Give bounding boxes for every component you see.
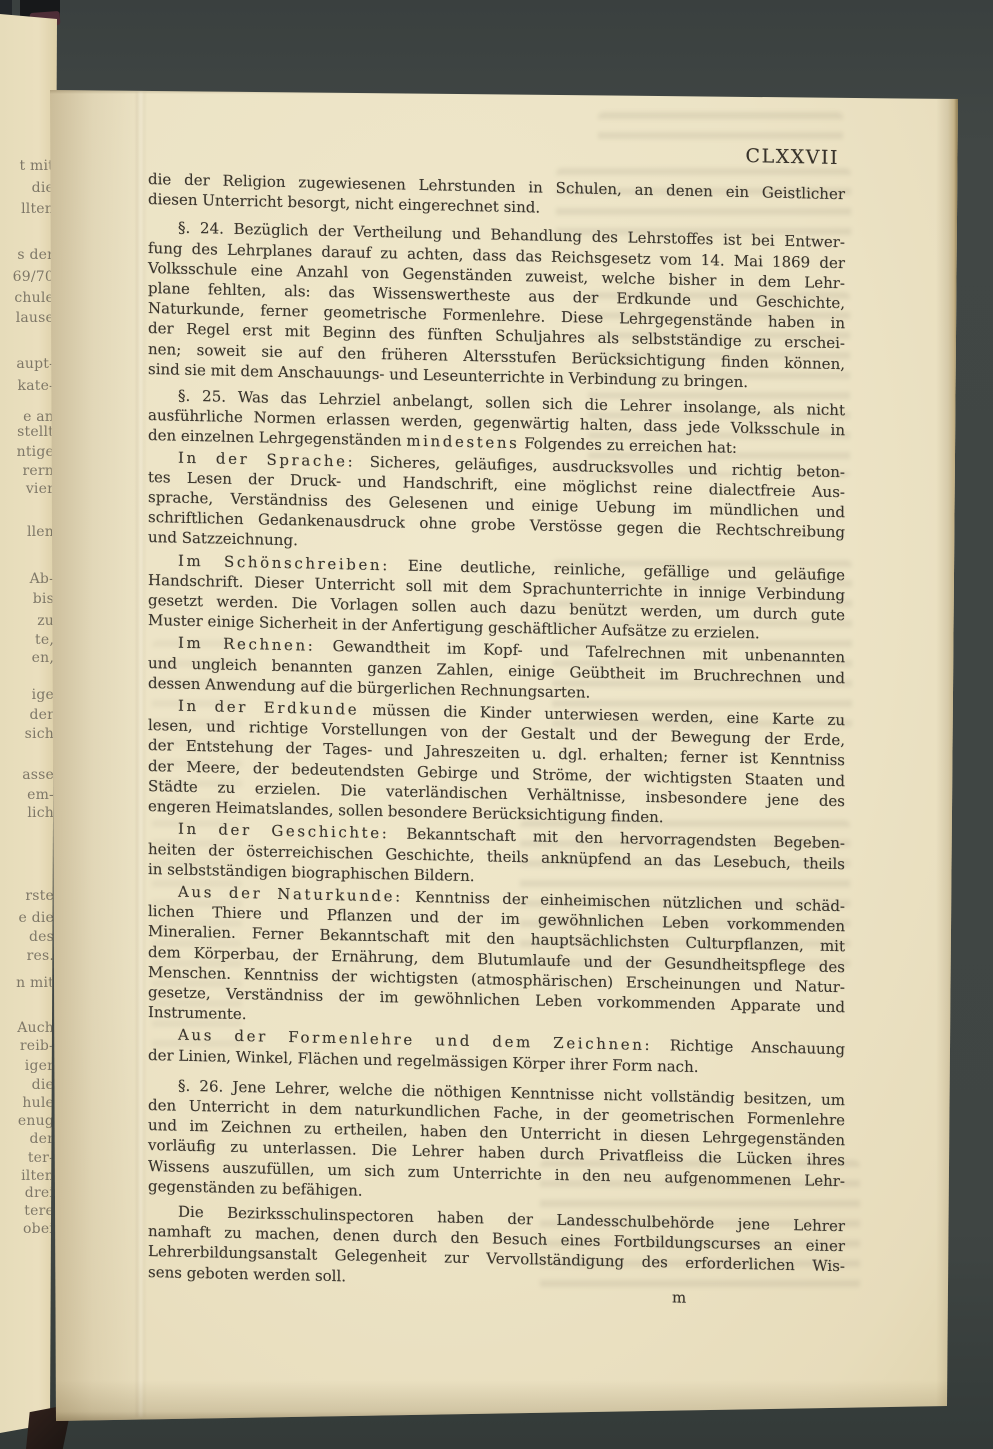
margin-fragment: der	[29, 1131, 54, 1147]
page-paragraphs: die der Religion zugewiesenen Lehrstunde…	[148, 169, 845, 1297]
spaced-emphasis: Im Rechnen:	[178, 634, 315, 655]
page-text-block: CLXXVII die der Religion zugewiesenen Le…	[148, 132, 845, 1311]
paragraph: Im Schönschreiben: Eine deutliche, reinl…	[148, 550, 845, 646]
margin-fragment: chule	[14, 290, 54, 306]
margin-fragment: llten	[21, 201, 54, 217]
margin-fragment: llen	[27, 524, 54, 540]
margin-fragment: ter-	[28, 1150, 54, 1166]
margin-fragment: s der	[17, 247, 54, 263]
margin-fragment: kate-	[18, 378, 54, 394]
margin-fragment: drei	[25, 1185, 54, 1201]
margin-fragment: enug	[18, 1113, 54, 1129]
margin-fragment: die	[32, 1077, 54, 1093]
paragraph: §. 26. Jene Lehrer, welche die nöthigen …	[148, 1075, 845, 1211]
paragraph: In der Sprache: Sicheres, geläufiges, au…	[148, 447, 845, 563]
margin-fragment: asse	[22, 767, 54, 783]
margin-fragment: aupt-	[16, 356, 54, 372]
margin-fragment: obei	[23, 1221, 54, 1237]
margin-fragment: stellt	[17, 424, 54, 440]
spaced-emphasis: In der Erdkunde	[178, 697, 359, 719]
margin-fragment: res.	[27, 948, 54, 964]
book-scan: t mitdielltens der69/70chulelauseaupt-ka…	[0, 0, 993, 1449]
spaced-emphasis: In der Geschichte:	[178, 820, 389, 843]
margin-fragment: lause	[16, 310, 54, 326]
gutter-shadow	[50, 88, 145, 1423]
margin-fragment: ige	[32, 687, 54, 703]
margin-fragment: Ab-	[30, 571, 54, 587]
margin-fragment: rern	[23, 463, 55, 479]
margin-fragment: rste	[25, 888, 54, 904]
margin-fragment: hule	[22, 1095, 54, 1111]
margin-fragment: sich	[25, 726, 54, 742]
margin-fragment: bis	[33, 591, 54, 607]
margin-fragment: des	[29, 929, 54, 945]
margin-fragment: ilten	[21, 1168, 54, 1184]
margin-fragment: der	[29, 707, 54, 723]
margin-fragment: t mit	[20, 158, 54, 174]
paragraph: §. 24. Bezüglich der Vertheilung und Beh…	[148, 217, 845, 394]
margin-fragment: Auch	[17, 1020, 54, 1036]
page-crease	[136, 92, 145, 1417]
margin-fragment: lich	[27, 805, 54, 821]
paragraph: Aus der Naturkunde: Kenntniss der einhei…	[148, 881, 845, 1038]
paragraph: die der Religion zugewiesenen Lehrstunde…	[148, 169, 845, 225]
page-top-edge-shadow	[50, 88, 958, 94]
margin-fragment: en,	[32, 650, 54, 666]
margin-fragment: e an	[23, 409, 54, 425]
book-page: CLXXVII die der Religion zugewiesenen Le…	[0, 0, 993, 1449]
page-bottom-edge-shadow	[54, 1380, 954, 1422]
margin-fragment: vier	[26, 481, 54, 497]
margin-fragment: e die	[19, 910, 54, 926]
margin-fragment: em-	[27, 787, 54, 803]
page-right-edge	[936, 95, 958, 1410]
margin-fragment: zu	[37, 613, 54, 629]
margin-fragment: te,	[35, 632, 54, 648]
paragraph: In der Erdkunde müssen die Kinder unterw…	[148, 695, 845, 831]
margin-fragment: ntige	[17, 444, 54, 460]
margin-fragment: iger	[25, 1058, 54, 1074]
margin-fragment: reib-	[20, 1038, 54, 1054]
margin-fragment: n mit	[16, 975, 54, 991]
spaced-emphasis: mindestens	[406, 432, 519, 452]
spaced-emphasis: In der Sprache:	[178, 448, 355, 470]
margin-fragment: tere	[24, 1203, 54, 1219]
margin-fragment: 69/70	[13, 269, 54, 285]
